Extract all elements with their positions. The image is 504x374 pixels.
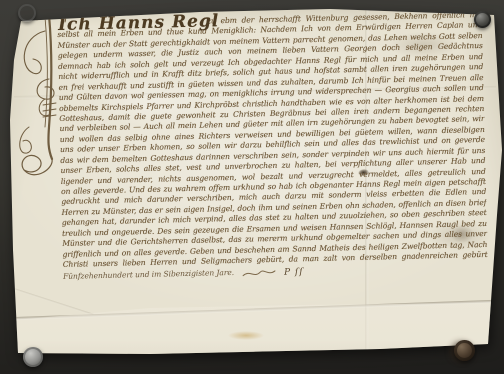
photo-backdrop: Ich Hanns Regl zu ebm der herrschafft Wi… [0,0,504,374]
parchment-wrap: Ich Hanns Regl zu ebm der herrschafft Wi… [0,0,504,374]
fold-crease-diagonal [7,286,93,316]
manuscript-text: Ich Hanns Regl zu ebm der herrschafft Wi… [57,10,488,283]
signature-flourish-icon [242,266,276,279]
metal-weight-top-left [18,4,36,22]
metal-weight-bottom-left [23,347,43,367]
metal-weight-top-right [474,11,491,28]
parchment-charter: Ich Hanns Regl zu ebm der herrschafft Wi… [0,0,504,374]
stain [228,331,264,340]
ink-blot [378,2,387,8]
charter-heading: Ich Hanns Regl [58,10,206,35]
manuscript-date-line: Fünfzehenhundert und im Sibenzigisten Ja… [63,268,234,282]
metal-weight-bottom-right [454,340,475,361]
notary-mark: P ſſ [284,267,304,277]
